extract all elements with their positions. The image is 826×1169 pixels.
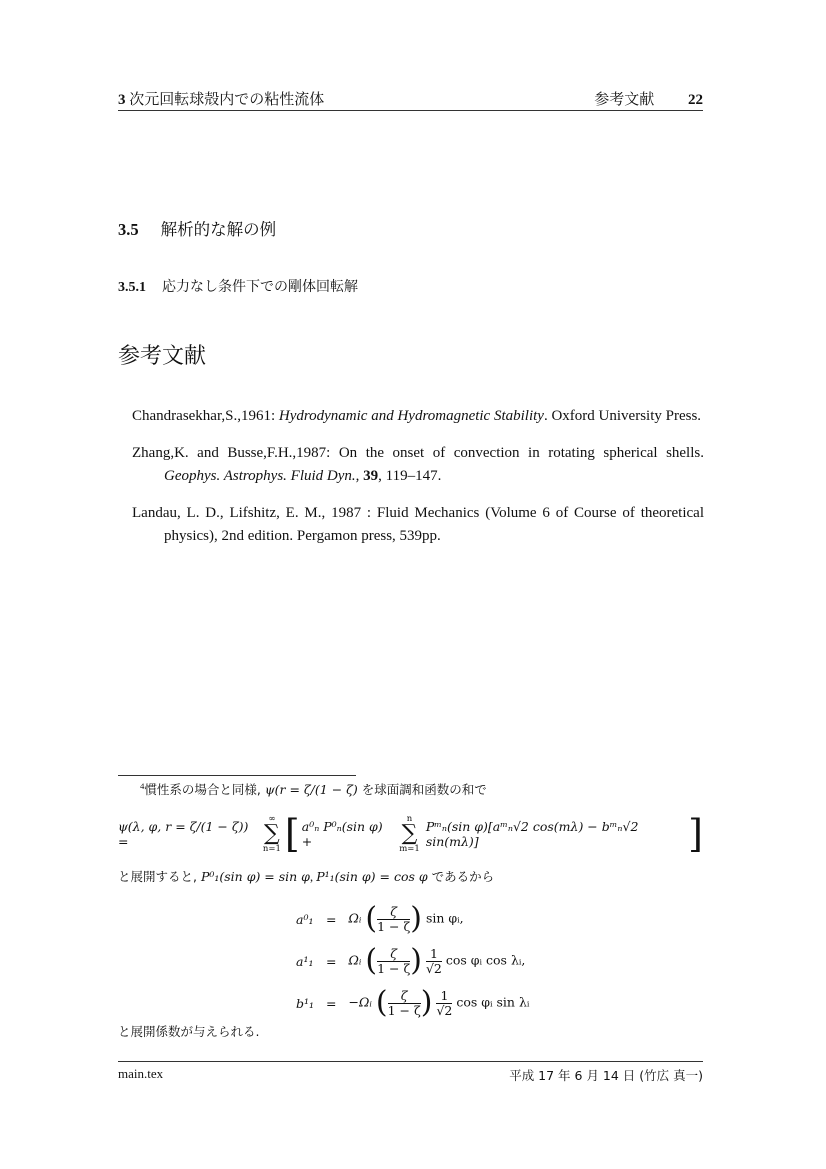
footer-filename: main.tex xyxy=(118,1066,163,1082)
references-list: Chandrasekhar,S.,1961: Hydrodynamic and … xyxy=(132,405,704,562)
header-right: 参考文献 22 xyxy=(594,88,703,109)
frac-num: ζ xyxy=(388,989,421,1004)
footer-date-author: 平成 17 年 6 月 14 日 (竹広 真一) xyxy=(509,1066,703,1084)
reference-item: Chandrasekhar,S.,1961: Hydrodynamic and … xyxy=(132,405,704,428)
header-chapter-title: 次元回転球殻内での粘性流体 xyxy=(129,90,324,108)
header-chapter-number: 3 xyxy=(118,92,126,108)
right-bracket-icon: ] xyxy=(688,815,703,853)
sqrt-fraction: 1√2 xyxy=(436,989,452,1018)
references-heading: 参考文献 xyxy=(118,339,206,370)
left-paren-icon: ( xyxy=(365,901,377,936)
header-rule xyxy=(118,110,703,111)
coefficient-equations: a⁰₁ = Ωᵢ (ζ1 − ζ) sin φᵢ, a¹₁ = Ωᵢ (ζ1 −… xyxy=(290,898,535,1024)
sigma-icon: ∑ xyxy=(399,823,420,845)
eq-sign: = xyxy=(320,940,342,982)
footnote-closing: と展開係数が与えられる. xyxy=(118,1022,259,1040)
footnote-rule xyxy=(118,775,356,776)
header-chapter: 3 次元回転球殻内での粘性流体 xyxy=(118,88,324,109)
section-number: 3.5 xyxy=(118,220,139,239)
ref-authors: Zhang,K. and Busse,F.H.,1987: xyxy=(132,445,339,461)
frac-num: ζ xyxy=(377,905,410,920)
equation-row: a¹₁ = Ωᵢ (ζ1 − ζ) 1√2 cos φᵢ cos λᵢ, xyxy=(290,940,535,982)
expansion-row: ψ(λ, φ, r = ζ/(1 − ζ)) = ∞ ∑ n=1 [ a⁰ₙ P… xyxy=(118,808,703,860)
ref-pages: , 119–147. xyxy=(378,468,441,484)
eq-lhs: b¹₁ xyxy=(290,982,320,1024)
footer-rule xyxy=(118,1061,703,1062)
sum-inner: n ∑ m=1 xyxy=(399,815,420,854)
header-section-name: 参考文献 xyxy=(594,90,654,108)
expansion-equation: ψ(λ, φ, r = ζ/(1 − ζ)) = ∞ ∑ n=1 [ a⁰ₙ P… xyxy=(118,808,703,860)
sum-outer-lower: n=1 xyxy=(263,845,281,854)
eq-rhs: Ωᵢ (ζ1 − ζ) 1√2 cos φᵢ cos λᵢ, xyxy=(343,940,536,982)
sigma-icon: ∑ xyxy=(263,823,281,845)
eq-omega: Ωᵢ xyxy=(359,995,372,1010)
subsection-number: 3.5.1 xyxy=(118,280,146,295)
ref-text: Landau, L. D., Lifshitz, E. M., 1987 : F… xyxy=(132,505,704,544)
eq-tail: sin φᵢ, xyxy=(426,911,464,926)
right-paren-icon: ) xyxy=(410,901,422,936)
right-paren-icon: ) xyxy=(410,943,422,978)
mid-text-1: と展開すると, xyxy=(118,869,201,884)
sqrt-fraction: 1√2 xyxy=(426,947,442,976)
frac-den: 1 − ζ xyxy=(388,1004,421,1018)
ref-journal: Geophys. Astrophys. Fluid Dyn. xyxy=(164,468,356,484)
page-number: 22 xyxy=(688,92,703,108)
fraction: ζ1 − ζ xyxy=(377,905,410,934)
ref-authors: Chandrasekhar,S.,1961: xyxy=(132,408,279,424)
ref-title: On the onset of convection in rotating s… xyxy=(339,445,704,461)
frac-den: 1 − ζ xyxy=(377,920,410,934)
eq-omega: Ωᵢ xyxy=(349,911,362,926)
equation-array: a⁰₁ = Ωᵢ (ζ1 − ζ) sin φᵢ, a¹₁ = Ωᵢ (ζ1 −… xyxy=(290,898,535,1024)
eq-sign: = xyxy=(320,982,342,1024)
fraction: ζ1 − ζ xyxy=(388,989,421,1018)
sum-outer: ∞ ∑ n=1 xyxy=(263,815,281,854)
left-bracket-icon: [ xyxy=(285,815,300,853)
footnote-intro-tail: を球面調和函数の和で xyxy=(358,782,487,797)
subsection-heading: 3.5.1応力なし条件下での剛体回転解 xyxy=(118,276,358,296)
equation-row: b¹₁ = −Ωᵢ (ζ1 − ζ) 1√2 cos φᵢ sin λᵢ xyxy=(290,982,535,1024)
mid-math-2: P¹₁(sin φ) = cos φ xyxy=(316,869,427,884)
mid-text-2: であるから xyxy=(428,869,494,884)
reference-item: Zhang,K. and Busse,F.H.,1987: On the ons… xyxy=(132,442,704,488)
footnote-intro-math: ψ(r = ζ/(1 − ζ) xyxy=(265,782,358,797)
ref-publisher: . Oxford University Press. xyxy=(544,408,701,424)
fraction: ζ1 − ζ xyxy=(377,947,410,976)
footnote-intro-text: 慣性系の場合と同様, xyxy=(144,782,264,797)
eq-lhs: a¹₁ xyxy=(290,940,320,982)
mid-math-1: P⁰₁(sin φ) = sin φ xyxy=(201,869,310,884)
equation-row: a⁰₁ = Ωᵢ (ζ1 − ζ) sin φᵢ, xyxy=(290,898,535,940)
section-title: 解析的な解の例 xyxy=(161,220,277,239)
frac-num: ζ xyxy=(377,947,410,962)
frac-num: 1 xyxy=(436,989,452,1004)
left-paren-icon: ( xyxy=(376,985,388,1020)
expansion-lhs: ψ(λ, φ, r = ζ/(1 − ζ)) = xyxy=(118,819,257,849)
frac-den: √2 xyxy=(426,962,442,976)
eq-tail: cos φᵢ sin λᵢ xyxy=(456,995,529,1010)
left-paren-icon: ( xyxy=(365,943,377,978)
frac-num: 1 xyxy=(426,947,442,962)
term2: Pᵐₙ(sin φ)[aᵐₙ√2 cos(mλ) − bᵐₙ√2 sin(mλ)… xyxy=(426,819,684,849)
ref-title: Hydrodynamic and Hydromagnetic Stability xyxy=(279,408,544,424)
section-heading: 3.5解析的な解の例 xyxy=(118,216,276,240)
right-paren-icon: ) xyxy=(421,985,433,1020)
subsection-title: 応力なし条件下での剛体回転解 xyxy=(162,279,358,295)
eq-omega: Ωᵢ xyxy=(349,953,362,968)
eq-tail: cos φᵢ cos λᵢ, xyxy=(446,953,525,968)
running-header: 3 次元回転球殻内での粘性流体 参考文献 22 xyxy=(118,88,703,110)
footnote-mid-line: と展開すると, P⁰₁(sin φ) = sin φ, P¹₁(sin φ) =… xyxy=(118,867,494,885)
eq-neg: − xyxy=(349,995,359,1010)
ref-volume: 39 xyxy=(363,468,378,484)
frac-den: √2 xyxy=(436,1004,452,1018)
eq-lhs: a⁰₁ xyxy=(290,898,320,940)
frac-den: 1 − ζ xyxy=(377,962,410,976)
reference-item: Landau, L. D., Lifshitz, E. M., 1987 : F… xyxy=(132,502,704,548)
sum-inner-lower: m=1 xyxy=(399,845,420,854)
footnote-intro: 4慣性系の場合と同様, ψ(r = ζ/(1 − ζ) を球面調和函数の和で xyxy=(140,780,487,798)
term1: a⁰ₙ P⁰ₙ(sin φ) + xyxy=(302,819,393,849)
eq-rhs: −Ωᵢ (ζ1 − ζ) 1√2 cos φᵢ sin λᵢ xyxy=(343,982,536,1024)
eq-rhs: Ωᵢ (ζ1 − ζ) sin φᵢ, xyxy=(343,898,536,940)
eq-sign: = xyxy=(320,898,342,940)
